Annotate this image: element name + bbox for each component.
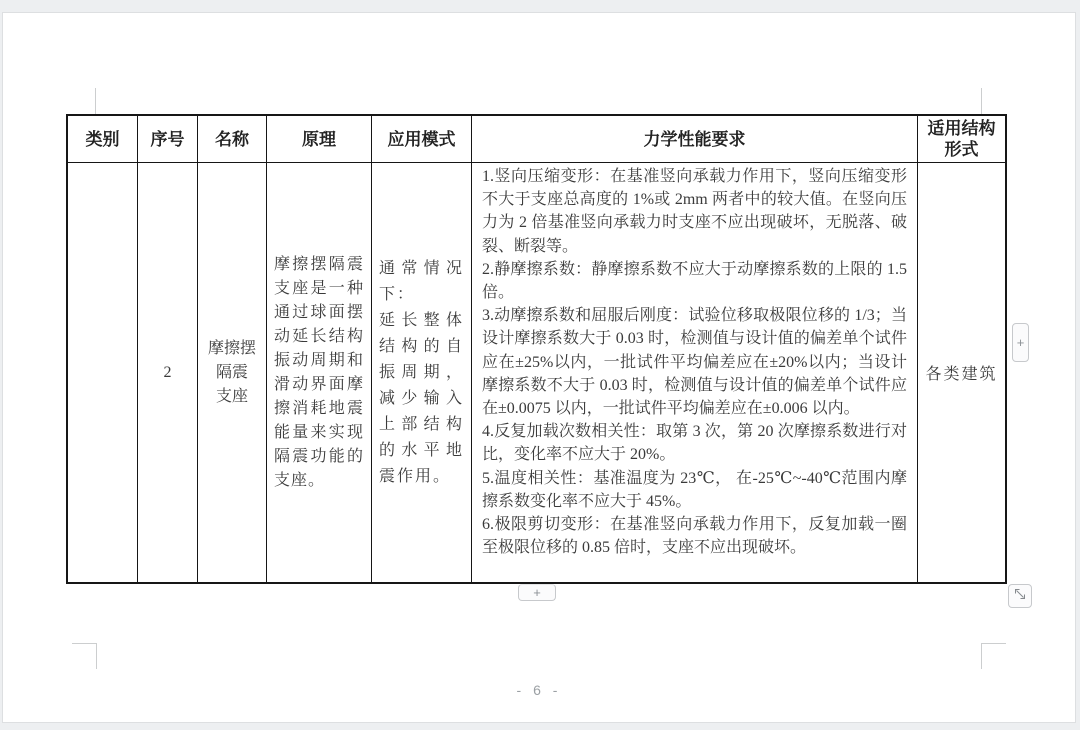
mech-req-item-3: 3.动摩擦系数和屈服后刚度：试验位移取极限位移的 1/3；当设计摩擦系数大于 0… <box>482 304 907 420</box>
principle-text: 摩擦摆隔震支座是一种通过球面摆动延长结构振动周期和滑动界面摩擦消耗地震能量来实现… <box>267 253 371 493</box>
resize-diagonal-icon <box>1013 587 1027 606</box>
mech-req-item-1: 1.竖向压缩变形：在基准竖向承载力作用下，竖向压缩变形不大于支座总高度的 1%或… <box>482 165 907 258</box>
header-category: 类别 <box>68 116 138 163</box>
header-application-mode: 应用模式 <box>372 116 472 163</box>
add-row-button[interactable]: + <box>518 584 556 601</box>
margin-mark-bottom-left <box>72 643 97 669</box>
cell-name: 摩擦摆 隔震 支座 <box>198 163 267 582</box>
application-mode-text: 通常情况下： 延长整体结构的自振周期，减少输入上部结构的水平地震作用。 <box>372 256 471 490</box>
table-resize-handle[interactable] <box>1008 584 1032 608</box>
page-number: - 6 - <box>2 682 1076 698</box>
cell-application-mode: 通常情况下： 延长整体结构的自振周期，减少输入上部结构的水平地震作用。 <box>372 163 472 582</box>
header-mechanical-requirements: 力学性能要求 <box>472 116 918 163</box>
margin-mark-top-right <box>981 88 982 114</box>
header-principle: 原理 <box>267 116 372 163</box>
header-name: 名称 <box>198 116 267 163</box>
cell-applicable-structure: 各类建筑 <box>918 163 1005 582</box>
margin-mark-top-left <box>95 88 96 114</box>
cell-category <box>68 163 138 582</box>
plus-icon: + <box>1017 335 1025 350</box>
mech-req-item-4: 4.反复加载次数相关性：取第 3 次，第 20 次摩擦系数进行对比，变化率不应大… <box>482 420 907 466</box>
header-serial: 序号 <box>138 116 198 163</box>
mech-req-item-2: 2.静摩擦系数：静摩擦系数不应大于动摩擦系数的上限的 1.5 倍。 <box>482 258 907 304</box>
bearing-spec-table: 类别 序号 名称 原理 应用模式 力学性能要求 适用结构 形式 2 摩擦摆 隔震… <box>66 114 1007 584</box>
margin-mark-bottom-right <box>981 643 1006 669</box>
plus-icon: + <box>533 585 541 600</box>
cell-mechanical-requirements: 1.竖向压缩变形：在基准竖向承载力作用下，竖向压缩变形不大于支座总高度的 1%或… <box>472 163 918 582</box>
add-column-button[interactable]: + <box>1012 323 1029 362</box>
mech-req-item-5: 5.温度相关性：基准温度为 23℃， 在-25℃~-40℃范围内摩擦系数变化率不… <box>482 467 907 513</box>
mech-req-item-6: 6.极限剪切变形：在基准竖向承载力作用下，反复加载一圈至极限位移的 0.85 倍… <box>482 513 907 559</box>
cell-serial: 2 <box>138 163 198 582</box>
header-applicable-structure: 适用结构 形式 <box>918 116 1005 163</box>
cell-principle: 摩擦摆隔震支座是一种通过球面摆动延长结构振动周期和滑动界面摩擦消耗地震能量来实现… <box>267 163 372 582</box>
